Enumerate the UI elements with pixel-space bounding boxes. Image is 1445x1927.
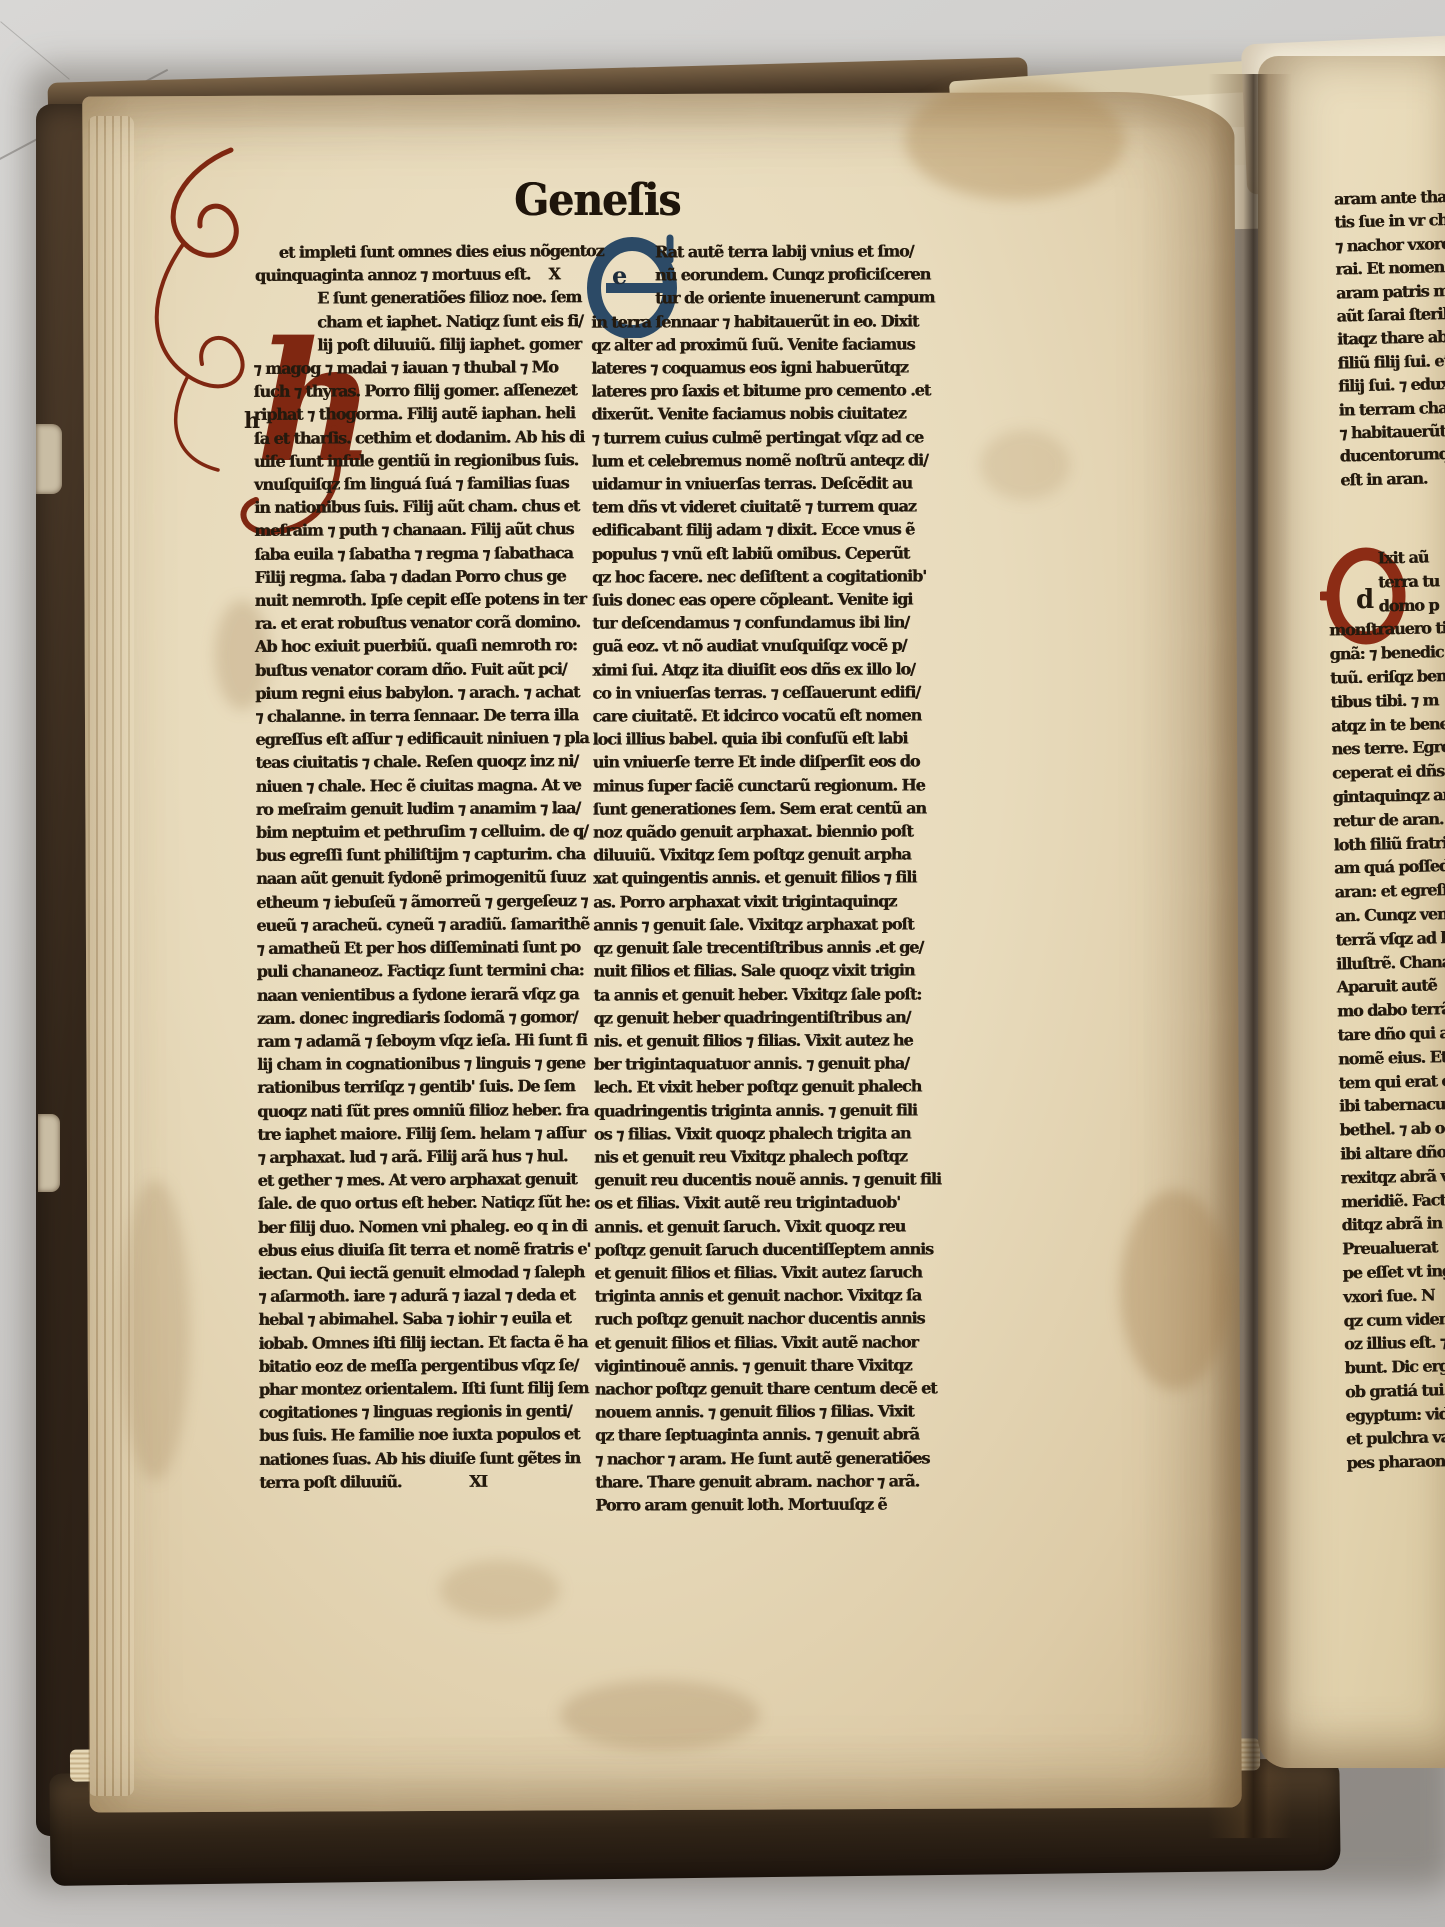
right-page-column-top: aram ante tharetis ſue in vr ch⁊ nachor … bbox=[1334, 184, 1445, 491]
text-line: ſuis donec eas opere cõpleant. Venite ig… bbox=[592, 587, 930, 611]
parchment-stain bbox=[1120, 1190, 1230, 1390]
text-line: meſraim ⁊ puth ⁊ chanaan. Filij aũt chus bbox=[254, 518, 590, 543]
text-line: hebal ⁊ abimahel. Saba ⁊ iohir ⁊ euila e… bbox=[258, 1306, 594, 1331]
text-line: Aparuit autẽ bbox=[1336, 973, 1445, 1000]
text-line: naan venientibus a ſydone ierarã vſqz ga bbox=[257, 982, 593, 1007]
text-line: tur de oriente inuenerunt campum bbox=[591, 286, 929, 310]
text-line: tur deſcendamus ⁊ confundamus ibi lin/ bbox=[592, 611, 930, 635]
text-line: edificabant filij adam ⁊ dixit. Ecce vnu… bbox=[592, 518, 930, 542]
text-line: Ab hoc exiuit puerbiũ. quaſi nemroth ro: bbox=[255, 634, 591, 659]
text-line: domo p bbox=[1328, 592, 1445, 619]
text-line: ⁊ aſarmoth. iare ⁊ adurã ⁊ iazal ⁊ deda … bbox=[258, 1283, 594, 1308]
text-line: eueũ ⁊ aracheũ. cyneũ ⁊ aradiũ. ſamarith… bbox=[256, 912, 592, 937]
text-line: qz hoc facere. nec deſiſtent a cogitatio… bbox=[592, 564, 930, 588]
text-line: ⁊ amatheũ Et per hos diſſeminati ſunt po bbox=[256, 935, 592, 960]
text-line: lateres pro ſaxis et bitume pro cemento … bbox=[591, 379, 929, 403]
text-line: ſunt generationes ſem. Sem erat centũ an bbox=[593, 796, 931, 820]
text-line: iectan. Qui iectã genuit elmodad ⁊ ſalep… bbox=[258, 1260, 594, 1285]
text-line: filij ſui. ⁊ eduxi bbox=[1338, 372, 1445, 399]
text-line: ruch poſtqz genuit nachor ducentis annis bbox=[594, 1307, 932, 1331]
text-line: vxori ſue. N bbox=[1343, 1282, 1445, 1309]
text-line: nachor poſtqz genuit thare centum decẽ e… bbox=[595, 1376, 933, 1400]
text-line: Porro aram genuit loth. Mortuuſqz ẽ bbox=[595, 1492, 933, 1516]
photo-of-incunable-bible-opening: Geneſis h h e d et impleti ſunt omnes di… bbox=[0, 0, 1445, 1927]
text-line: in terra ſennaar ⁊ habitauerũt in eo. Di… bbox=[591, 309, 929, 333]
text-line: nuit filios et filias. Sale quoqz vixit … bbox=[593, 959, 931, 983]
text-line: oz illius eſt. ⁊ bbox=[1344, 1330, 1445, 1357]
text-line: ⁊ magog ⁊ madai ⁊ iauan ⁊ thubal ⁊ Mo bbox=[253, 355, 589, 380]
text-line: qz thare ſeptuaginta annis. ⁊ genuit abr… bbox=[595, 1423, 933, 1447]
text-line: atqz in te bened bbox=[1331, 711, 1445, 738]
text-line: phar montez orientalem. Iſti ſunt filij … bbox=[259, 1376, 595, 1401]
text-line: uidamur in vniuerſas terras. Deſcẽdit au bbox=[592, 471, 930, 495]
text-line: am quá poſſed bbox=[1334, 854, 1445, 881]
text-line: ra. et erat robuſtus venator corã domino… bbox=[255, 610, 591, 635]
text-line: aram patris mel bbox=[1336, 278, 1445, 305]
text-line: ſuch ⁊ thyras. Porro filij gomer. aſſene… bbox=[253, 378, 589, 403]
text-line: buſtus venator coram dño. Fuit aũt pci/ bbox=[255, 657, 591, 682]
text-line: os ⁊ filias. Vixit quoqz phalech trigita… bbox=[594, 1121, 932, 1145]
text-line: lij cham in cognationibus ⁊ linguis ⁊ ge… bbox=[257, 1051, 593, 1076]
left-page-column-1: et impleti ſunt omnes dies eius nõgentoz… bbox=[253, 239, 596, 1494]
text-line: xat quingentis annis. et genuit filios ⁊… bbox=[593, 866, 931, 890]
text-line: minus ſuper faciẽ cunctarũ regionum. He bbox=[593, 773, 931, 797]
text-line: quinquaginta annoz ⁊ mortuus eſt. X bbox=[253, 262, 589, 287]
text-line: in terram chan bbox=[1338, 395, 1445, 422]
text-line: lateres ⁊ coquamus eos igni habuerũtqz bbox=[591, 355, 929, 379]
parchment-stain bbox=[440, 1560, 560, 1620]
text-line: ditqz abrã in e bbox=[1341, 1211, 1445, 1238]
text-line: bitatio eoz de meſſa pergentibus vſqz ſe… bbox=[259, 1353, 595, 1378]
text-line: dixerũt. Venite faciamus nobis ciuitatez bbox=[591, 402, 929, 426]
text-line: teas ciuitatis ⁊ chale. Reſen quoqz inz … bbox=[255, 750, 591, 775]
text-line: tibus tibi. ⁊ m bbox=[1330, 687, 1445, 714]
text-line: terra tu bbox=[1328, 568, 1445, 595]
text-line: loth filiũ fratri bbox=[1333, 830, 1445, 857]
text-line: bus ſuis. He familie noe iuxta populos e… bbox=[259, 1422, 595, 1447]
text-line: bunt. Dic erg bbox=[1344, 1354, 1445, 1381]
text-line: lech. Et vixit heber poſtqz genuit phale… bbox=[594, 1075, 932, 1099]
text-line: qz alter ad proximũ ſuũ. Venite faciamus bbox=[591, 332, 929, 356]
text-line: E ſunt generatiões filioz noe. ſem bbox=[253, 286, 589, 311]
text-line: ducentorumqu bbox=[1339, 442, 1445, 469]
text-line: cham et iaphet. Natiqz ſunt eis fi/ bbox=[253, 309, 589, 334]
text-line: qz genuit heber quadringentiſtribus an/ bbox=[593, 1005, 931, 1029]
text-line: guã eoz. vt nõ audiat vnuſquiſqz vocẽ p/ bbox=[592, 634, 930, 658]
text-line: ⁊ nachor ⁊ aram. He ſunt autẽ generatiõe… bbox=[595, 1446, 933, 1470]
text-line: nuit nemroth. Ipſe cepit eſſe potens in … bbox=[255, 587, 591, 612]
text-line: tem dñs vt videret ciuitatẽ ⁊ turrem qua… bbox=[592, 495, 930, 519]
text-line: uin vniuerſe terre Et inde diſperſit eos… bbox=[593, 750, 931, 774]
text-line: genuit reu ducentis nouẽ annis. ⁊ genuit… bbox=[594, 1168, 932, 1192]
text-line: nationes ſuas. Ab his diuiſe ſunt gẽtes … bbox=[259, 1446, 595, 1471]
text-line: ⁊ habitauerũt bbox=[1339, 418, 1445, 445]
text-line: pium regni eius babylon. ⁊ arach. ⁊ acha… bbox=[255, 680, 591, 705]
text-line: ro meſraim genuit ludim ⁊ anamim ⁊ laa/ bbox=[256, 796, 592, 821]
text-line: vnuſquiſqz ſm linguá ſuá ⁊ familias ſuas bbox=[254, 471, 590, 496]
parchment-stain bbox=[905, 80, 1125, 200]
text-line: tre iaphet maiore. Filij ſem. helam ⁊ aſ… bbox=[257, 1121, 593, 1146]
text-line: ibi tabernacu bbox=[1339, 1092, 1445, 1119]
text-line: terrã vſqz ad lo bbox=[1335, 925, 1445, 952]
text-line: et genuit filios et filias. Vixit autẽ n… bbox=[595, 1330, 933, 1354]
text-line: tem qui erat o bbox=[1338, 1068, 1445, 1095]
text-line: mo dabo terrã bbox=[1337, 997, 1445, 1024]
text-line: egyptum: vid bbox=[1345, 1401, 1445, 1428]
text-line: naan aũt genuit ſydonẽ primogenitũ ſuuz bbox=[256, 866, 592, 891]
text-line: iobab. Omnes iſti filij iectan. Et facta… bbox=[258, 1330, 594, 1355]
parchment-stain bbox=[120, 1180, 190, 1480]
text-line: puli chananeoz. Factiqz ſunt termini cha… bbox=[256, 958, 592, 983]
text-line: ber trigintaquatuor annis. ⁊ genuit pha/ bbox=[594, 1052, 932, 1076]
text-line: quoqz nati ſũt pres omniũ filioz heber. … bbox=[257, 1098, 593, 1123]
text-line: Ixit aũ bbox=[1327, 545, 1445, 572]
text-line: poſtqz genuit ſaruch ducentiſſeptem anni… bbox=[594, 1237, 932, 1261]
text-line: os et filias. Vixit autẽ reu trigintaduo… bbox=[594, 1191, 932, 1215]
text-line: rationibus terriſqz ⁊ gentib' ſuis. De ſ… bbox=[257, 1074, 593, 1099]
text-line: pe eſſet vt ing bbox=[1342, 1258, 1445, 1285]
text-line: tare dño qui ap bbox=[1337, 1020, 1445, 1047]
text-line: bethel. ⁊ ab o bbox=[1339, 1116, 1445, 1143]
text-line: bus egreſſi ſunt philiſtijm ⁊ capturim. … bbox=[256, 842, 592, 867]
text-line: rexitqz abrã v bbox=[1340, 1163, 1445, 1190]
text-line: ibi altare dño bbox=[1340, 1139, 1445, 1166]
text-line: illuſtrẽ. Chana bbox=[1336, 949, 1445, 976]
text-line: terra poſt diluuiũ. XI bbox=[259, 1469, 595, 1494]
text-line: vigintinouẽ annis. ⁊ genuit thare Vixitq… bbox=[595, 1353, 933, 1377]
text-line: Filij regma. ſaba ⁊ dadan Porro chus ge bbox=[254, 564, 590, 589]
text-line: cogitationes ⁊ linguas regionis in genti… bbox=[259, 1399, 595, 1424]
text-line: pes pharaon bbox=[1346, 1449, 1445, 1476]
text-line: ⁊ arphaxat. lud ⁊ arã. Filij arã hus ⁊ h… bbox=[257, 1144, 593, 1169]
text-line: annis ⁊ genuit ſale. Vixitqz arphaxat po… bbox=[593, 912, 931, 936]
binding-gutter-shadow bbox=[1208, 74, 1292, 1838]
text-line: uiſe ſunt inſule gentiũ in regionibus ſu… bbox=[254, 448, 590, 473]
text-line: triginta annis et genuit nachor. Vixitqz… bbox=[594, 1284, 932, 1308]
text-line: etheum ⁊ iebuſeũ ⁊ ãmorreũ ⁊ gergeſeuz ⁊ bbox=[256, 889, 592, 914]
text-line: ſa et tharſis. cethim et dodanim. Ab his… bbox=[254, 425, 590, 450]
text-line: retur de aran. bbox=[1333, 806, 1445, 833]
text-line: lum et celebremus nomẽ noſtrũ anteqz di/ bbox=[592, 448, 930, 472]
text-line: nis. et genuit filios ⁊ filias. Vixit au… bbox=[594, 1028, 932, 1052]
text-line: itaqz thare abra bbox=[1337, 325, 1445, 352]
text-line: as. Porro arphaxat vixit trigintaquinqz bbox=[593, 889, 931, 913]
text-line: ⁊ nachor vxores bbox=[1335, 231, 1445, 258]
text-line: loci illius babel. quia ibi confuſũ eſt … bbox=[592, 727, 930, 751]
text-line: zam. donec ingrediaris ſodomã ⁊ gomor/ bbox=[257, 1005, 593, 1030]
text-line: noz quãdo genuit arphaxat. biennio poſt bbox=[593, 819, 931, 843]
text-line: nouem annis. ⁊ genuit filios ⁊ filias. V… bbox=[595, 1400, 933, 1424]
text-line: thare. Thare genuit abram. nachor ⁊ arã. bbox=[595, 1469, 933, 1493]
text-line: Preualuerat bbox=[1342, 1235, 1445, 1262]
text-line: et impleti ſunt omnes dies eius nõgentoz bbox=[253, 239, 589, 264]
text-line: Rat autẽ terra labij vnius et ſmo/ bbox=[591, 239, 929, 263]
text-line: aũt ſarai ſterilis bbox=[1336, 301, 1445, 328]
text-line: qz genuit ſale trecentiſtribus annis .et… bbox=[593, 936, 931, 960]
text-line: bim neptuim et pethruſim ⁊ celluim. de q… bbox=[256, 819, 592, 844]
text-line: ram ⁊ adamã ⁊ ſeboym vſqz ieſa. Hi ſunt … bbox=[257, 1028, 593, 1053]
text-line: gintaquinqz an bbox=[1332, 783, 1445, 810]
text-line: ſaba euila ⁊ ſabatha ⁊ regma ⁊ ſabathaca bbox=[254, 541, 590, 566]
text-line: care ciuitatẽ. Et idcirco vocatũ eſt nom… bbox=[592, 703, 930, 727]
text-line: et pulchra va bbox=[1346, 1425, 1445, 1452]
text-line: ceperat ei dñs: bbox=[1332, 759, 1445, 786]
text-line: ob gratiá tui. bbox=[1345, 1377, 1445, 1404]
text-line: ta annis et genuit heber. Vixitqz ſale p… bbox=[593, 982, 931, 1006]
text-line: monſtrauero ti bbox=[1329, 616, 1445, 643]
text-line: nis et genuit reu Vixitqz phalech poſtqz bbox=[594, 1144, 932, 1168]
text-line: ⁊ turrem cuius culmẽ pertingat vſqz ad c… bbox=[591, 425, 929, 449]
text-line: tuũ. eriſqz ben bbox=[1330, 664, 1445, 691]
text-line: ⁊ chalanne. in terra ſennaar. De terra i… bbox=[255, 703, 591, 728]
page-title-genesis: Geneſis bbox=[514, 174, 680, 226]
text-line: nomẽ eius. Et bbox=[1338, 1044, 1445, 1071]
leather-damage-chip bbox=[36, 424, 62, 494]
text-line: in nationibus ſuis. Filij aũt cham. chus… bbox=[254, 494, 590, 519]
text-line: co in vniuerſas terras. ⁊ ceſſauerunt ed… bbox=[592, 680, 930, 704]
text-line: nes terre. Egre bbox=[1331, 735, 1445, 762]
text-line: lij poſt diluuiũ. filij iaphet. gomer bbox=[253, 332, 589, 357]
text-line: et gether ⁊ mes. At vero arphaxat genuit bbox=[258, 1167, 594, 1192]
text-line: meridiẽ. Fact bbox=[1341, 1187, 1445, 1214]
text-line: rai. Et nomen v bbox=[1335, 255, 1445, 282]
parchment-stain bbox=[980, 430, 1070, 500]
text-line: ber filij duo. Nomen vni phaleg. eo q in… bbox=[258, 1214, 594, 1239]
text-line: ximi ſui. Atqz ita diuiſit eos dñs ex il… bbox=[592, 657, 930, 681]
right-page-column-bottom: Ixit aũterra tudomo pmonſtrauero tignã: … bbox=[1327, 545, 1445, 1476]
left-page-column-2: Rat autẽ terra labij vnius et ſmo/nũ eor… bbox=[591, 239, 933, 1516]
text-line: quadringentis triginta annis. ⁊ genuit f… bbox=[594, 1098, 932, 1122]
text-line: riphat ⁊ thogorma. Filij autẽ iaphan. he… bbox=[254, 402, 590, 427]
text-line: ebus eius diuiſa ſit terra et nomẽ fratr… bbox=[258, 1237, 594, 1262]
text-line: aran: et egreſſi bbox=[1334, 878, 1445, 905]
text-line: egreſſus eſt aſſur ⁊ edificauit niniuen … bbox=[255, 726, 591, 751]
text-line: eſt in aran. bbox=[1340, 465, 1445, 492]
text-line: an. Cunqz ven bbox=[1335, 902, 1445, 929]
text-line: nũ eorundem. Cunqz proficiſceren bbox=[591, 263, 929, 287]
text-line: qz cum viden bbox=[1343, 1306, 1445, 1333]
text-line: annis. et genuit ſaruch. Vixit quoqz reu bbox=[594, 1214, 932, 1238]
text-line: aram ante thare bbox=[1334, 184, 1445, 211]
text-line: filiũ filij ſui. et ſ bbox=[1337, 348, 1445, 375]
text-line: diluuiũ. Vixitqz ſem poſtqz genuit arpha bbox=[593, 843, 931, 867]
text-line: tis ſue in vr ch bbox=[1334, 208, 1445, 235]
text-line: et genuit filios et filias. Vixit autez … bbox=[594, 1260, 932, 1284]
text-line: gnã: ⁊ benedic bbox=[1329, 640, 1445, 667]
leather-damage-chip bbox=[38, 1114, 60, 1192]
parchment-stain bbox=[560, 1680, 760, 1750]
text-line: populus ⁊ vnũ eſt labiũ omibus. Ceperũt bbox=[592, 541, 930, 565]
text-line: ſale. de quo ortus eſt heber. Natiqz ſũt… bbox=[258, 1190, 594, 1215]
text-line: niuen ⁊ chale. Hec ẽ ciuitas magna. At v… bbox=[256, 773, 592, 798]
